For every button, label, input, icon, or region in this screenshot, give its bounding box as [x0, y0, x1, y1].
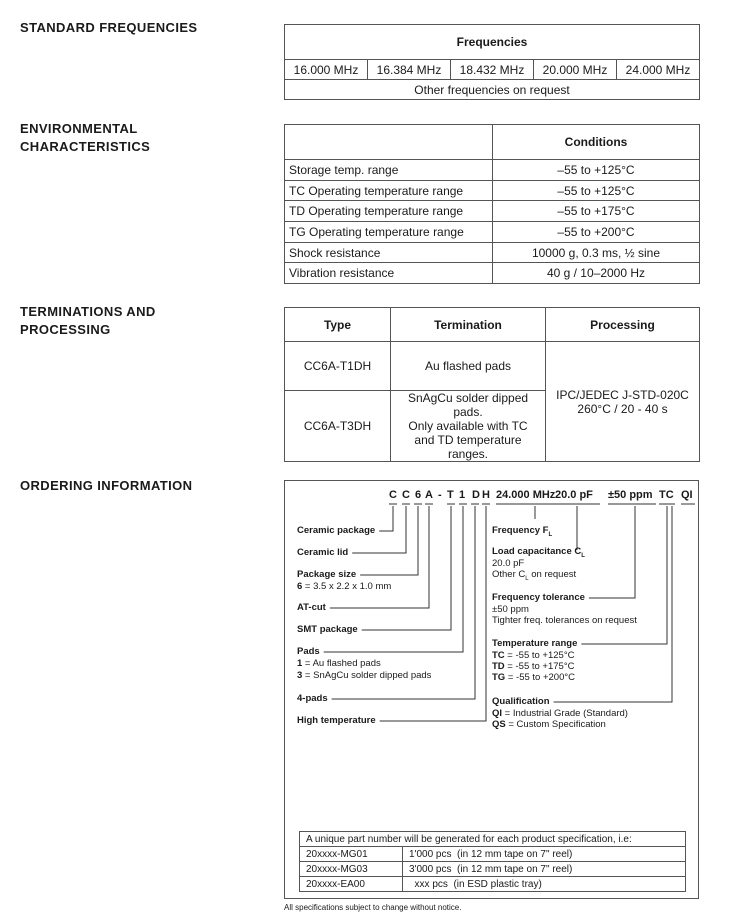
left-label-title: Ceramic lid: [297, 547, 348, 559]
term-processing: IPC/JEDEC J-STD-020C 260°C / 20 - 40 s: [546, 342, 700, 462]
part-number-desc: xxx pcs (in ESD plastic tray): [403, 877, 686, 892]
term-termination: SnAgCu solder dipped pads. Only availabl…: [391, 391, 546, 462]
frequency-cell: 24.000 MHz: [617, 60, 700, 80]
env-header-conditions: Conditions: [493, 125, 700, 160]
table-row: TC Operating temperature range–55 to +12…: [285, 180, 700, 201]
left-label-title: High temperature: [297, 715, 376, 727]
table-row: Vibration resistance40 g / 10–2000 Hz: [285, 263, 700, 284]
part-number: 20xxxx-EA00: [300, 877, 403, 892]
code-char: A: [425, 489, 433, 501]
term-termination: Au flashed pads: [391, 342, 546, 391]
env-value: –55 to +125°C: [493, 180, 700, 201]
term-header-processing: Processing: [546, 308, 700, 342]
section-title-environmental: ENVIRONMENTAL CHARACTERISTICS: [20, 120, 150, 156]
part-number-desc: 3'000 pcs (in 12 mm tape on 7" reel): [403, 862, 686, 877]
right-label-title: Frequency FL: [492, 525, 552, 541]
code-field: 24.000 MHz: [496, 489, 555, 501]
code-char: T: [447, 489, 454, 501]
code-field: ±50 ppm: [608, 489, 653, 501]
right-label-desc: Tighter freq. tolerances on request: [492, 615, 637, 627]
section-title-terminations: TERMINATIONS AND PROCESSING: [20, 303, 156, 339]
table-row: Shock resistance10000 g, 0.3 ms, ½ sine: [285, 242, 700, 263]
term-header-termination: Termination: [391, 308, 546, 342]
left-label-title: SMT package: [297, 624, 358, 636]
frequencies-row: 16.000 MHz 16.384 MHz 18.432 MHz 20.000 …: [285, 60, 700, 80]
part-number-desc: 1'000 pcs (in 12 mm tape on 7" reel): [403, 847, 686, 862]
part-number: 20xxxx-MG03: [300, 862, 403, 877]
left-label-title: 4-pads: [297, 693, 328, 705]
frequencies-header: Frequencies: [285, 25, 700, 60]
code-char: H: [482, 489, 490, 501]
env-value: –55 to +200°C: [493, 222, 700, 243]
left-label-title: Package size: [297, 569, 356, 581]
env-value: –55 to +125°C: [493, 160, 700, 181]
terminations-table: Type Termination Processing CC6A-T1DH Au…: [284, 307, 700, 462]
part-number-header: A unique part number will be generated f…: [300, 832, 686, 847]
ordering-diagram: A unique part number will be generated f…: [284, 480, 699, 899]
right-label-desc: TG = -55 to +200°C: [492, 672, 575, 684]
frequencies-note: Other frequencies on request: [285, 80, 700, 100]
left-label-desc: 6 = 3.5 x 2.2 x 1.0 mm: [297, 581, 391, 593]
frequencies-table: Frequencies 16.000 MHz 16.384 MHz 18.432…: [284, 24, 700, 100]
env-label: Storage temp. range: [285, 160, 493, 181]
code-field: QI: [681, 489, 693, 501]
term-type: CC6A-T1DH: [285, 342, 391, 391]
right-label-desc: QS = Custom Specification: [492, 719, 606, 731]
frequency-cell: 16.384 MHz: [368, 60, 451, 80]
part-number-table: A unique part number will be generated f…: [299, 831, 686, 892]
env-value: 10000 g, 0.3 ms, ½ sine: [493, 242, 700, 263]
part-number: 20xxxx-MG01: [300, 847, 403, 862]
left-label-desc: 3 = SnAgCu solder dipped pads: [297, 670, 431, 682]
term-type: CC6A-T3DH: [285, 391, 391, 462]
code-char: C: [389, 489, 397, 501]
table-row: CC6A-T1DH Au flashed pads IPC/JEDEC J-ST…: [285, 342, 700, 391]
env-label: TD Operating temperature range: [285, 201, 493, 222]
env-value: –55 to +175°C: [493, 201, 700, 222]
frequency-cell: 18.432 MHz: [451, 60, 534, 80]
env-label: Vibration resistance: [285, 263, 493, 284]
code-field: 20.0 pF: [555, 489, 593, 501]
term-header-type: Type: [285, 308, 391, 342]
section-title-standard-frequencies: STANDARD FREQUENCIES: [20, 19, 198, 37]
code-char: C: [402, 489, 410, 501]
left-label-desc: 1 = Au flashed pads: [297, 658, 381, 670]
frequency-cell: 16.000 MHz: [285, 60, 368, 80]
table-row: TG Operating temperature range–55 to +20…: [285, 222, 700, 243]
frequency-cell: 20.000 MHz: [534, 60, 617, 80]
env-label: TC Operating temperature range: [285, 180, 493, 201]
env-label: Shock resistance: [285, 242, 493, 263]
env-label: TG Operating temperature range: [285, 222, 493, 243]
code-char: 6: [415, 489, 421, 501]
table-row: 20xxxx-MG033'000 pcs (in 12 mm tape on 7…: [300, 862, 686, 877]
table-row: Storage temp. range–55 to +125°C: [285, 160, 700, 181]
env-header-empty: [285, 125, 493, 160]
code-char: 1: [459, 489, 465, 501]
left-label-title: Ceramic package: [297, 525, 375, 537]
right-label-title: Qualification: [492, 696, 550, 708]
right-label-title: Temperature range: [492, 638, 577, 650]
right-label-title: Frequency tolerance: [492, 592, 585, 604]
footnote: All specifications subject to change wit…: [284, 903, 461, 912]
table-row: 20xxxx-EA00 xxx pcs (in ESD plastic tray…: [300, 877, 686, 892]
left-label-title: Pads: [297, 646, 320, 658]
left-label-title: AT-cut: [297, 602, 326, 614]
code-field: TC: [659, 489, 674, 501]
table-row: TD Operating temperature range–55 to +17…: [285, 201, 700, 222]
environmental-table: Conditions Storage temp. range–55 to +12…: [284, 124, 700, 284]
env-value: 40 g / 10–2000 Hz: [493, 263, 700, 284]
right-label-desc: Other CL on request: [492, 569, 576, 585]
code-char: D: [472, 489, 480, 501]
section-title-ordering: ORDERING INFORMATION: [20, 477, 192, 495]
code-char: -: [438, 489, 442, 501]
table-row: 20xxxx-MG011'000 pcs (in 12 mm tape on 7…: [300, 847, 686, 862]
